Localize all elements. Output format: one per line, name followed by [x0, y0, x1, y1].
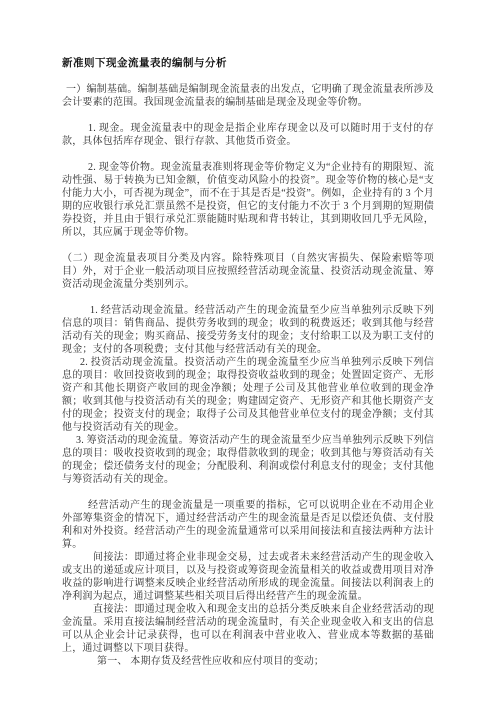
- paragraph-operating-cash-flow: 1. 经营活动现金流量。经营活动产生的现金流量至少应当单独列示反映下列信息的项目…: [62, 304, 434, 356]
- document-title: 新准则下现金流量表的编制与分析: [62, 57, 434, 70]
- paragraph-first-adjustment-item: 第一、 本期存货及经营性应收和应付项目的变动；: [62, 655, 434, 668]
- paragraph-operating-indicator: 经营活动产生的现金流量是一项重要的指标，它可以说明企业在不动用企业外部筹集资金的…: [62, 499, 434, 551]
- paragraph-preparation-basis: 一）编制基础。编制基础是编制现金流量表的出发点，它明确了现金流量表所涉及会计要素…: [62, 83, 434, 109]
- paragraph-financing-cash-flow: 3. 筹资活动的现金流量。筹资活动产生的现金流量至少应当单独列示反映下列信息的项…: [62, 434, 434, 486]
- paragraph-cash-equivalents: 2. 现金等价物。现金流量表准则将现金等价物定义为“企业持有的期限短、流动性强、…: [62, 161, 434, 239]
- paragraph-item-classification: （二）现金流量表项目分类及内容。除特殊项目（自然灾害损失、保险索赔等项目）外，对…: [62, 252, 434, 291]
- document-page: 新准则下现金流量表的编制与分析 一）编制基础。编制基础是编制现金流量表的出发点，…: [0, 0, 496, 702]
- paragraph-cash-definition: 1. 现金。现金流量表中的现金是指企业库存现金以及可以随时用于支付的存款，具体包…: [62, 122, 434, 148]
- paragraph-indirect-method: 间接法：即通过将企业非现金交易，过去或者未来经营活动产生的现金收入或支出的递延或…: [62, 551, 434, 603]
- paragraph-investing-cash-flow: 2. 投资活动现金流量。投资活动产生的现金流量至少应当单独列示反映下列信息的项目…: [62, 356, 434, 434]
- paragraph-direct-method: 直接法：即通过现金收入和现金支出的总括分类反映来自企业经营活动的现金流量。采用直…: [62, 603, 434, 655]
